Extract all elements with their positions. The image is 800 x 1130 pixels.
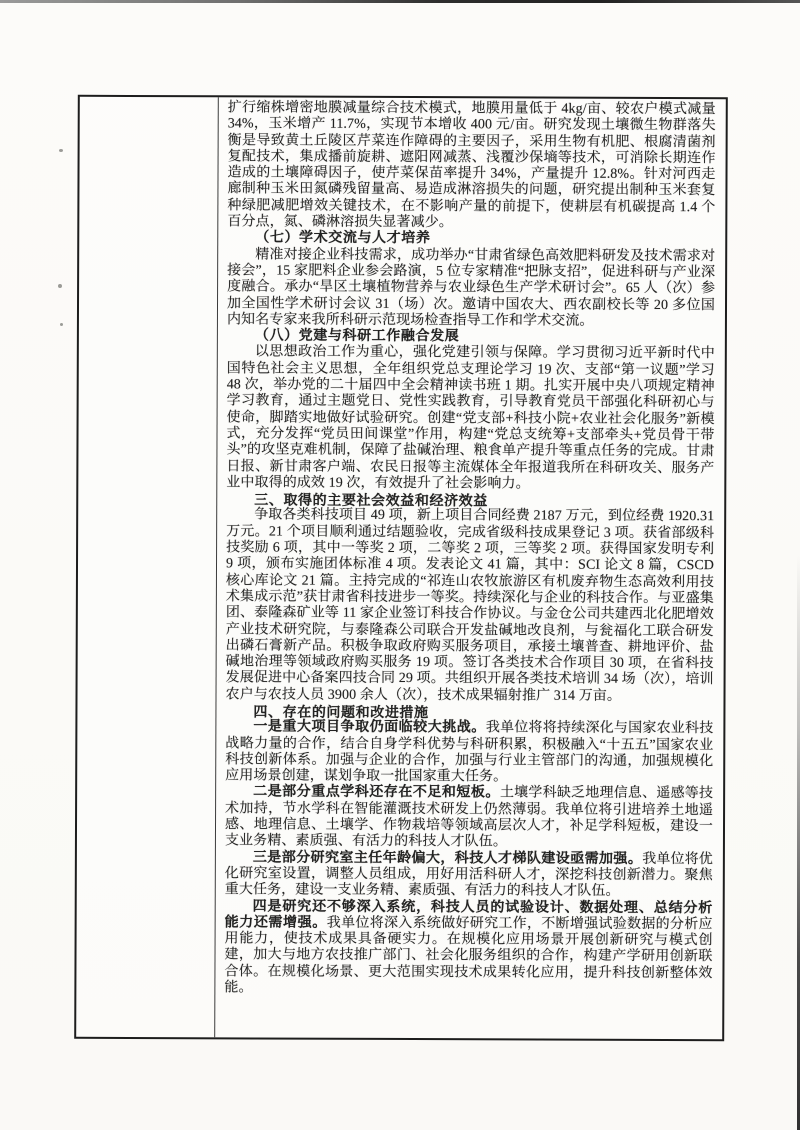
form-label-column-empty xyxy=(76,97,219,1038)
report-form-table: 扩行缩株增密地膜减量综合技术模式，地膜用量低于 4kg/亩、较农户模式减量 34… xyxy=(74,95,728,1041)
scan-speck xyxy=(59,149,63,152)
paragraph: 精准对接企业科技需求，成功举办“甘肃省绿色高效肥料研发及技术需求对接会”，15 … xyxy=(227,247,715,330)
paragraph-issue-1: 一是重大项目争取仍面临较大挑战。我单位将将持续深化与国家农业科技战略力量的合作，… xyxy=(225,720,713,787)
scanner-edge-top xyxy=(0,0,800,3)
form-content-cell: 扩行缩株增密地膜减量综合技术模式，地膜用量低于 4kg/亩、较农户模式减量 34… xyxy=(215,97,726,1039)
paragraph-issue-4: 四是研究还不够深入系统，科技人员的试验设计、数据处理、总结分析能力还需增强。我单… xyxy=(224,899,712,999)
issue-lead: 三是部分研究室主任年龄偏大，科技人才梯队建设亟需加强。 xyxy=(253,850,642,866)
issue-lead: 一是重大项目争取仍面临较大挑战。 xyxy=(253,720,486,736)
paragraph: 以思想政治工作为重心，强化党建引领与保障。学习贯彻习近平新时代中国特色社会主义思… xyxy=(226,345,715,494)
paragraph-issue-2: 二是部分重点学科还存在不足和短板。土壤学科缺乏地理信息、遥感等技术加持，节水学科… xyxy=(225,785,713,852)
scan-speck xyxy=(58,284,62,288)
section-heading-7: （七）学术交流与人才培养 xyxy=(227,231,715,249)
scanned-page: 扩行缩株增密地膜减量综合技术模式，地膜用量低于 4kg/亩、较农户模式减量 34… xyxy=(0,0,800,1130)
paragraph: 争取各类科技项目 49 项，新上项目合同经费 2187 万元，到位经费 1920… xyxy=(225,508,714,705)
scan-speck xyxy=(60,323,63,326)
paragraph-continued: 扩行缩株增密地膜减量综合技术模式，地膜用量低于 4kg/亩、较农户模式减量 34… xyxy=(227,100,715,232)
paragraph-issue-3: 三是部分研究室主任年龄偏大，科技人才梯队建设亟需加强。我单位将优化研究室设置，调… xyxy=(225,850,713,901)
issue-lead: 二是部分重点学科还存在不足和短板。 xyxy=(253,785,500,801)
